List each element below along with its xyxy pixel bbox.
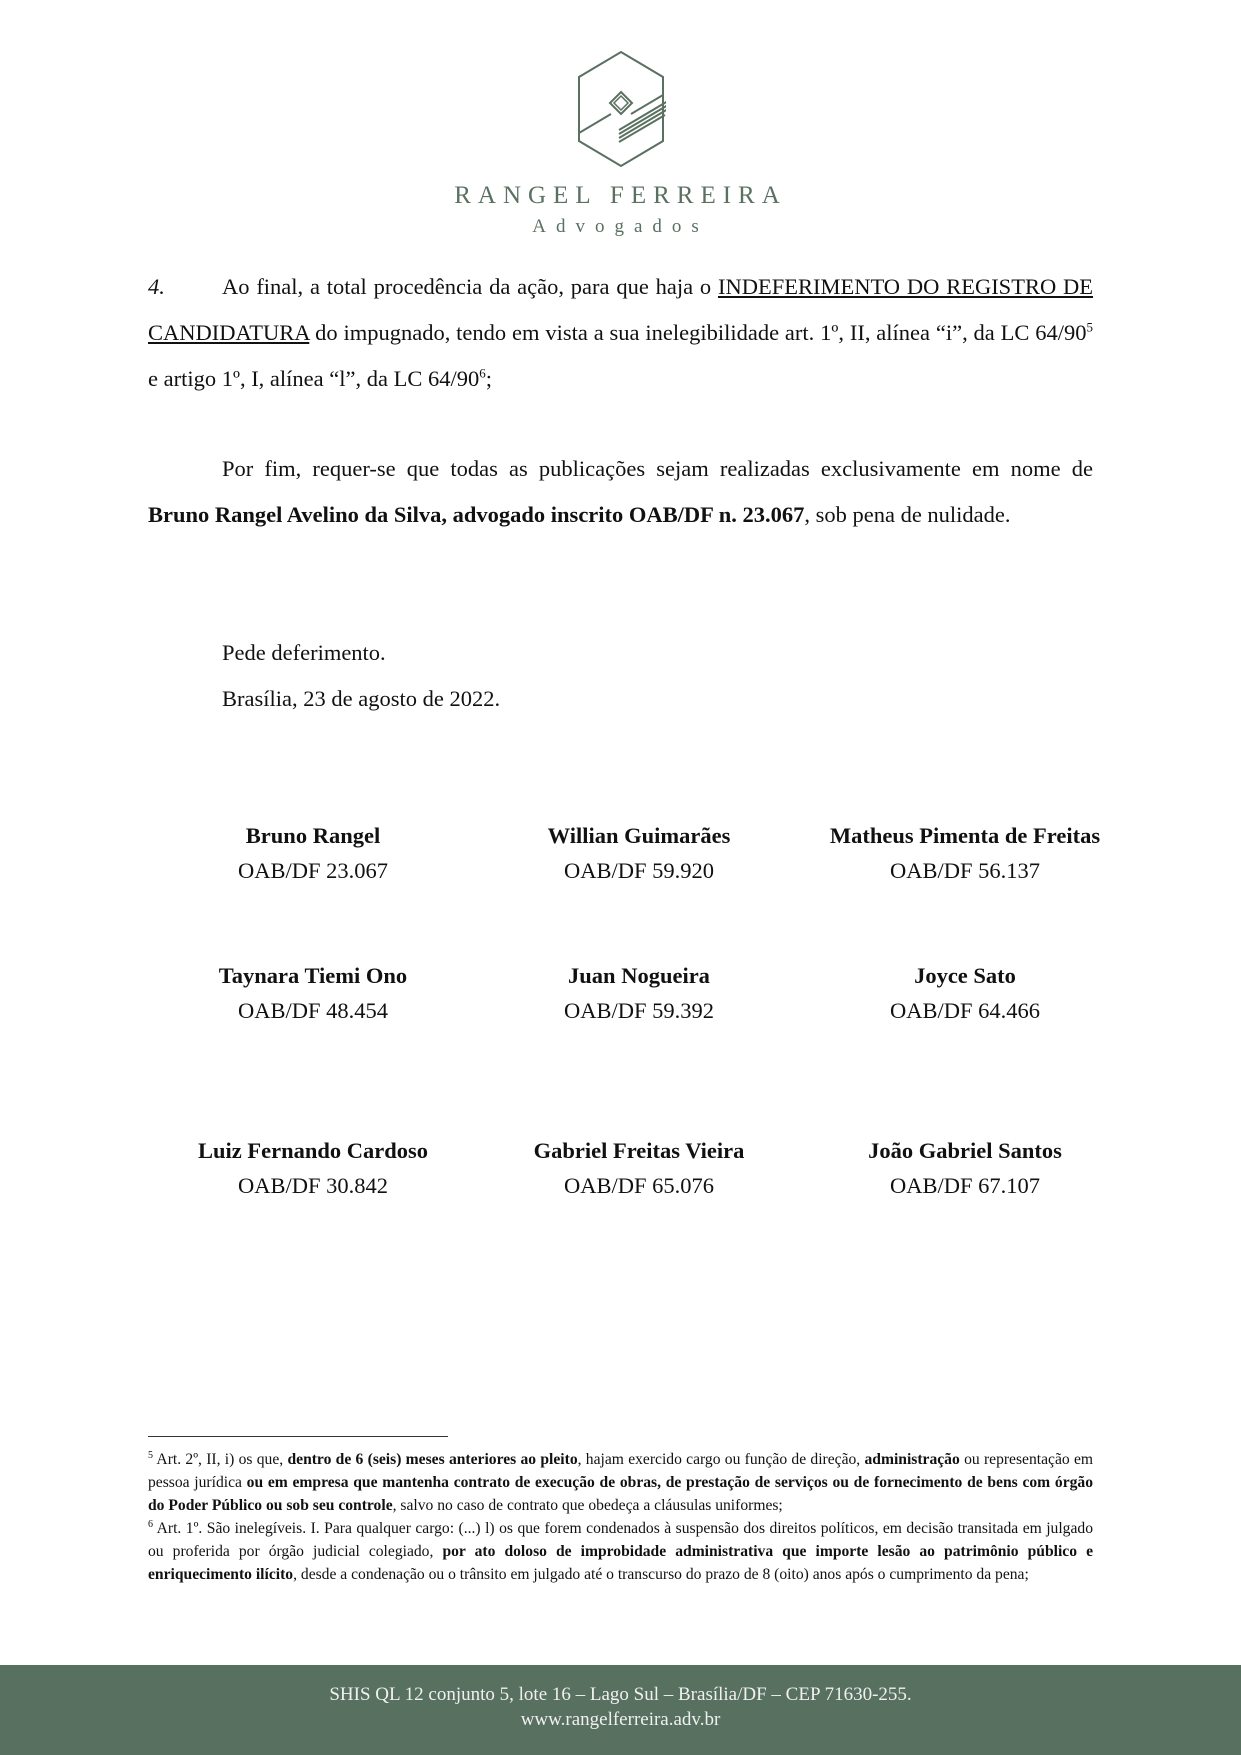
signature: Gabriel Freitas VieiraOAB/DF 65.076 <box>476 1133 802 1203</box>
signature-row: Taynara Tiemi OnoOAB/DF 48.454 Juan Nogu… <box>150 958 1130 1028</box>
place-date: Brasília, 23 de agosto de 2022. <box>222 676 500 722</box>
firm-subtitle: Advogados <box>0 216 1241 238</box>
signature: Joyce SatoOAB/DF 64.466 <box>802 958 1128 1028</box>
signature: Luiz Fernando CardosoOAB/DF 30.842 <box>150 1133 476 1203</box>
lawyer-designation: Bruno Rangel Avelino da Silva, advogado … <box>148 502 804 527</box>
footnote-5: 5 Art. 2º, II, i) os que, dentro de 6 (s… <box>148 1448 1093 1517</box>
signature: Juan NogueiraOAB/DF 59.392 <box>476 958 802 1028</box>
hexagon-cube-icon <box>576 50 666 168</box>
firm-name: RANGEL FERREIRA <box>0 182 1241 210</box>
footer-website[interactable]: www.rangelferreira.adv.br <box>0 1707 1241 1732</box>
footer-address: SHIS QL 12 conjunto 5, lote 16 – Lago Su… <box>0 1682 1241 1707</box>
footnote-6: 6 Art. 1º. São inelegíveis. I. Para qual… <box>148 1517 1093 1586</box>
item-number: 4. <box>148 264 222 310</box>
paragraph-publications: Por fim, requer-se que todas as publicaç… <box>148 446 1093 538</box>
signature: Taynara Tiemi OnoOAB/DF 48.454 <box>150 958 476 1028</box>
paragraph-4: 4.Ao final, a total procedência da ação,… <box>148 264 1093 402</box>
signature: Bruno RangelOAB/DF 23.067 <box>150 818 476 888</box>
footer-band: SHIS QL 12 conjunto 5, lote 16 – Lago Su… <box>0 1665 1241 1755</box>
signature: Willian GuimarãesOAB/DF 59.920 <box>476 818 802 888</box>
closing-request: Pede deferimento. <box>222 630 500 676</box>
signature: Matheus Pimenta de FreitasOAB/DF 56.137 <box>802 818 1128 888</box>
footnote-separator <box>148 1436 448 1437</box>
signature: João Gabriel SantosOAB/DF 67.107 <box>802 1133 1128 1203</box>
signature-row: Bruno RangelOAB/DF 23.067 Willian Guimar… <box>150 818 1130 888</box>
footnotes: 5 Art. 2º, II, i) os que, dentro de 6 (s… <box>148 1448 1093 1586</box>
signature-row: Luiz Fernando CardosoOAB/DF 30.842 Gabri… <box>150 1133 1130 1203</box>
footnote-ref-5[interactable]: 5 <box>1087 320 1094 335</box>
firm-logo: RANGEL FERREIRA Advogados <box>0 50 1241 238</box>
closing: Pede deferimento. Brasília, 23 de agosto… <box>222 630 500 722</box>
